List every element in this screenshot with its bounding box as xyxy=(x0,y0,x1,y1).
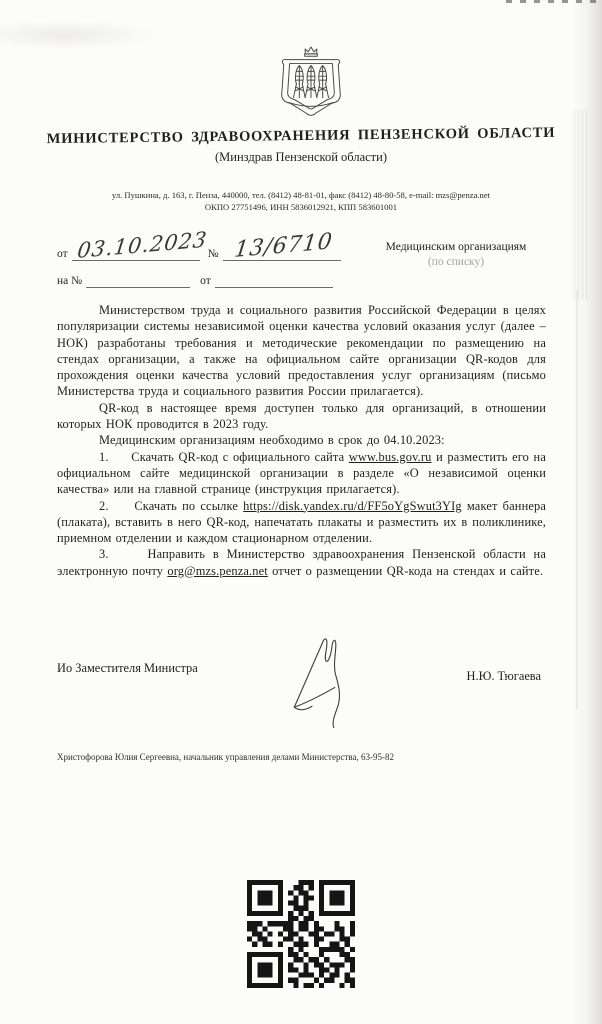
executor-contact: Христофорова Юлия Сергеевна, начальник у… xyxy=(57,752,517,762)
text-segment: отчет о размещении QR-кода на стендах и … xyxy=(268,564,543,578)
scan-streaks xyxy=(574,110,590,300)
paragraph: 3. Направить в Министерство здравоохране… xyxy=(57,546,546,579)
date-label: от xyxy=(57,248,72,261)
signer-position: Ио Заместителя Министра xyxy=(57,661,198,684)
number-blank: 13/6710 xyxy=(223,233,341,261)
text-segment: 1. Скачать QR-код с официального сайта xyxy=(99,450,349,464)
link-text: org@mzs.penza.net xyxy=(167,564,267,578)
signature-autograph-icon xyxy=(284,634,356,728)
paragraph: 2. Скачать по ссылке https://disk.yandex… xyxy=(57,498,546,547)
text-segment: 2. Скачать по ссылке xyxy=(99,499,243,513)
body-paragraphs: Министерством труда и социального развит… xyxy=(57,302,546,579)
addressee-note: (по списку) xyxy=(360,255,552,270)
handwritten-number: 13/6710 xyxy=(233,229,334,263)
date-blank: 03.10.2023 xyxy=(72,233,200,261)
text-segment: Министерством труда и социального развит… xyxy=(57,303,546,398)
sheaf-right xyxy=(317,66,329,98)
coat-of-arms-icon xyxy=(276,46,346,120)
handwritten-date: 03.10.2023 xyxy=(76,227,209,263)
address-line-1: ул. Пушкина, д. 163, г. Пенза, 440000, т… xyxy=(28,190,574,202)
signer-name: Н.Ю. Тюгаева xyxy=(467,669,541,684)
reference-block: от 03.10.2023 № 13/6710 на № от xyxy=(57,234,362,288)
text-segment: Медицинским организациям необходимо в ср… xyxy=(99,433,445,447)
ministry-title: МИНИСТЕРСТВО ЗДРАВООХРАНЕНИЯ ПЕНЗЕНСКОЙ … xyxy=(28,125,574,149)
scanned-letter-page: МИНИСТЕРСТВО ЗДРАВООХРАНЕНИЯ ПЕНЗЕНСКОЙ … xyxy=(0,0,602,1024)
address-line-2: ОКПО 27751496, ИНН 5836012921, КПП 58360… xyxy=(28,202,574,214)
ministry-subtitle: (Минздрав Пензенской области) xyxy=(28,150,574,165)
ministry-address: ул. Пушкина, д. 163, г. Пенза, 440000, т… xyxy=(28,190,574,213)
paragraph: QR-код в настоящее время доступен только… xyxy=(57,400,546,433)
reply-date-blank xyxy=(215,260,333,288)
text-segment: QR-код в настоящее время доступен только… xyxy=(57,401,546,431)
qr-code xyxy=(247,880,355,988)
paragraph: Министерством труда и социального развит… xyxy=(57,302,546,400)
scan-smudge xyxy=(0,20,160,50)
addressee-block: Медицинским организациям (по списку) xyxy=(360,240,552,270)
link-text: www.bus.gov.ru xyxy=(349,450,432,464)
paragraph: Медицинским организациям необходимо в ср… xyxy=(57,432,546,448)
reply-number-blank xyxy=(86,260,190,288)
addressee-line: Медицинским организациям xyxy=(360,240,552,255)
reply-number-label: на № xyxy=(57,275,86,288)
link-text: https://disk.yandex.ru/d/FF5oYgSwut3YIg xyxy=(243,499,462,513)
sheaf-center xyxy=(305,66,317,98)
reply-date-label: от xyxy=(200,275,215,288)
paragraph: 1. Скачать QR-код с официального сайта w… xyxy=(57,449,546,498)
sheaf-left xyxy=(294,66,306,98)
scan-top-edge-marks xyxy=(506,0,602,3)
scan-fold-line xyxy=(576,290,578,710)
